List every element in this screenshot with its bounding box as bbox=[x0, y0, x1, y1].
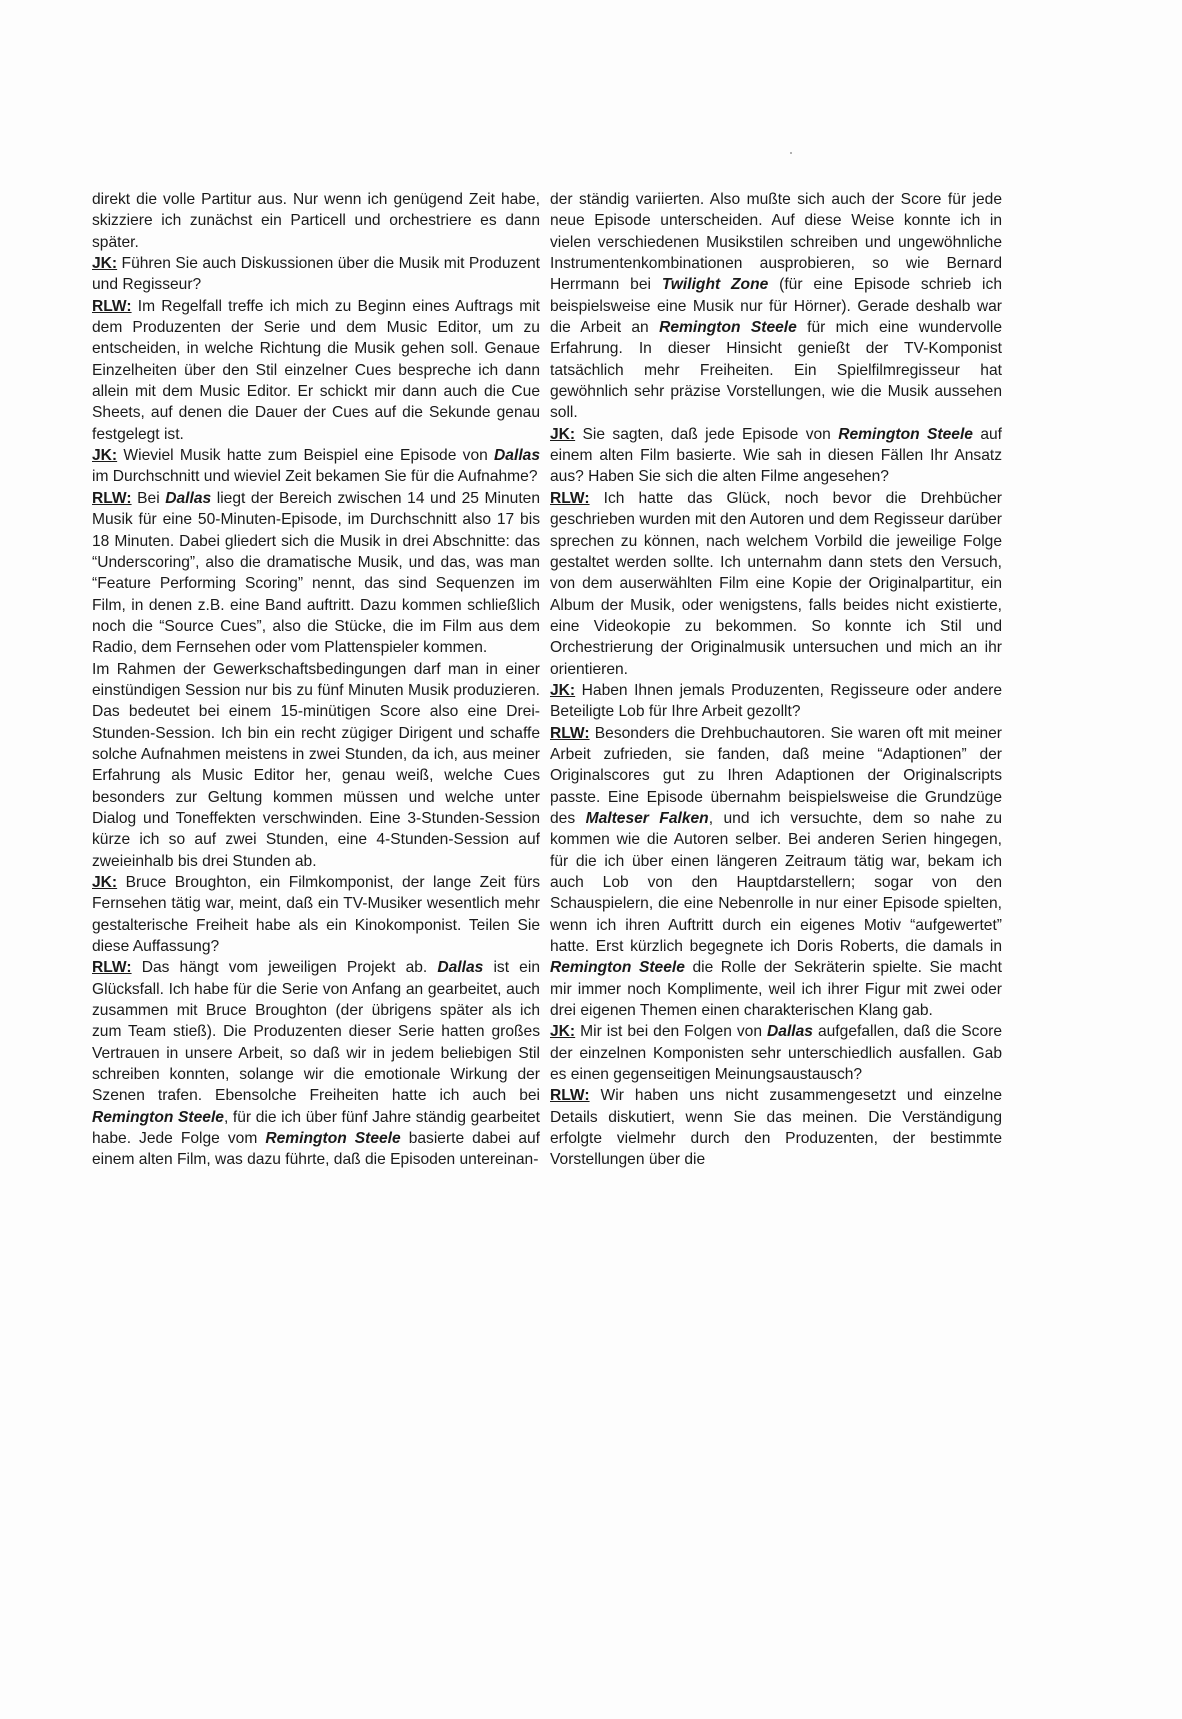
work-title: Dallas bbox=[494, 447, 540, 464]
paragraph: RLW: Wir haben uns nicht zusammengesetzt… bbox=[550, 1085, 1002, 1170]
paragraph: JK: Wieviel Musik hatte zum Beispiel ein… bbox=[92, 445, 540, 488]
speaker-label: RLW: bbox=[92, 490, 132, 507]
body-text: Im Rahmen der Gewerkschaftsbedingungen d… bbox=[92, 661, 540, 870]
body-text: Sie sagten, daß jede Episode von bbox=[575, 426, 838, 443]
speaker-label: RLW: bbox=[550, 1087, 590, 1104]
paragraph: RLW: Im Regelfall treffe ich mich zu Beg… bbox=[92, 296, 540, 445]
paragraph: Im Rahmen der Gewerkschaftsbedingungen d… bbox=[92, 659, 540, 872]
work-title: Remington Steele bbox=[265, 1130, 400, 1147]
speaker-label: JK: bbox=[550, 682, 575, 699]
right-text-column: der ständig variierten. Also mußte sich … bbox=[550, 189, 1002, 1171]
body-text: Das hängt vom jeweiligen Projekt ab. bbox=[132, 959, 438, 976]
work-title: Dallas bbox=[767, 1023, 813, 1040]
body-text: Wieviel Musik hatte zum Beispiel eine Ep… bbox=[117, 447, 494, 464]
speaker-label: JK: bbox=[92, 874, 117, 891]
body-text: ist ein Glücksfall. Ich habe für die Ser… bbox=[92, 959, 540, 1104]
body-text: Wir haben uns nicht zusammengesetzt und … bbox=[550, 1087, 1002, 1168]
body-text: Haben Ihnen jemals Produzenten, Regisseu… bbox=[550, 682, 1002, 720]
document-page: direkt die volle Partitur aus. Nur wenn … bbox=[0, 0, 1182, 1719]
body-text: Führen Sie auch Diskussionen über die Mu… bbox=[92, 255, 540, 293]
paragraph: JK: Mir ist bei den Folgen von Dallas au… bbox=[550, 1021, 1002, 1085]
paragraph: JK: Haben Ihnen jemals Produzenten, Regi… bbox=[550, 680, 1002, 723]
paragraph: JK: Führen Sie auch Diskussionen über di… bbox=[92, 253, 540, 296]
speaker-label: JK: bbox=[550, 426, 575, 443]
work-title: Remington Steele bbox=[550, 959, 685, 976]
paragraph: JK: Bruce Broughton, ein Filmkomponist, … bbox=[92, 872, 540, 957]
paragraph: RLW: Besonders die Drehbuchautoren. Sie … bbox=[550, 723, 1002, 1022]
paragraph: JK: Sie sagten, daß jede Episode von Rem… bbox=[550, 424, 1002, 488]
work-title: Twilight Zone bbox=[662, 276, 768, 293]
body-text: liegt der Bereich zwischen 14 und 25 Min… bbox=[92, 490, 540, 656]
work-title: Dallas bbox=[165, 490, 211, 507]
work-title: Remington Steele bbox=[838, 426, 973, 443]
speaker-label: JK: bbox=[92, 255, 117, 272]
speaker-label: RLW: bbox=[550, 725, 590, 742]
speaker-label: JK: bbox=[92, 447, 117, 464]
body-text: , und ich versuchte, dem so nahe zu komm… bbox=[550, 810, 1002, 955]
speaker-label: RLW: bbox=[550, 490, 590, 507]
speaker-label: RLW: bbox=[92, 959, 132, 976]
paragraph: RLW: Das hängt vom jeweiligen Projekt ab… bbox=[92, 957, 540, 1170]
work-title: Dallas bbox=[437, 959, 483, 976]
body-text: direkt die volle Partitur aus. Nur wenn … bbox=[92, 191, 540, 251]
body-text: Mir ist bei den Folgen von bbox=[575, 1023, 767, 1040]
body-text: Ich hatte das Glück, noch bevor die Dreh… bbox=[550, 490, 1002, 678]
speaker-label: JK: bbox=[550, 1023, 575, 1040]
left-text-column: direkt die volle Partitur aus. Nur wenn … bbox=[92, 189, 540, 1171]
speaker-label: RLW: bbox=[92, 298, 132, 315]
paragraph: der ständig variierten. Also mußte sich … bbox=[550, 189, 1002, 424]
body-text: Im Regelfall treffe ich mich zu Beginn e… bbox=[92, 298, 540, 443]
body-text: Bei bbox=[132, 490, 166, 507]
work-title: Malteser Falken bbox=[586, 810, 709, 827]
paragraph: direkt die volle Partitur aus. Nur wenn … bbox=[92, 189, 540, 253]
body-text: Bruce Broughton, ein Filmkomponist, der … bbox=[92, 874, 540, 955]
paragraph: RLW: Bei Dallas liegt der Bereich zwisch… bbox=[92, 488, 540, 659]
work-title: Remington Steele bbox=[659, 319, 797, 336]
body-text: im Durchschnitt und wieviel Zeit bekamen… bbox=[92, 468, 538, 485]
work-title: Remington Steele bbox=[92, 1109, 224, 1126]
scan-speck bbox=[790, 152, 792, 154]
paragraph: RLW: Ich hatte das Glück, noch bevor die… bbox=[550, 488, 1002, 680]
